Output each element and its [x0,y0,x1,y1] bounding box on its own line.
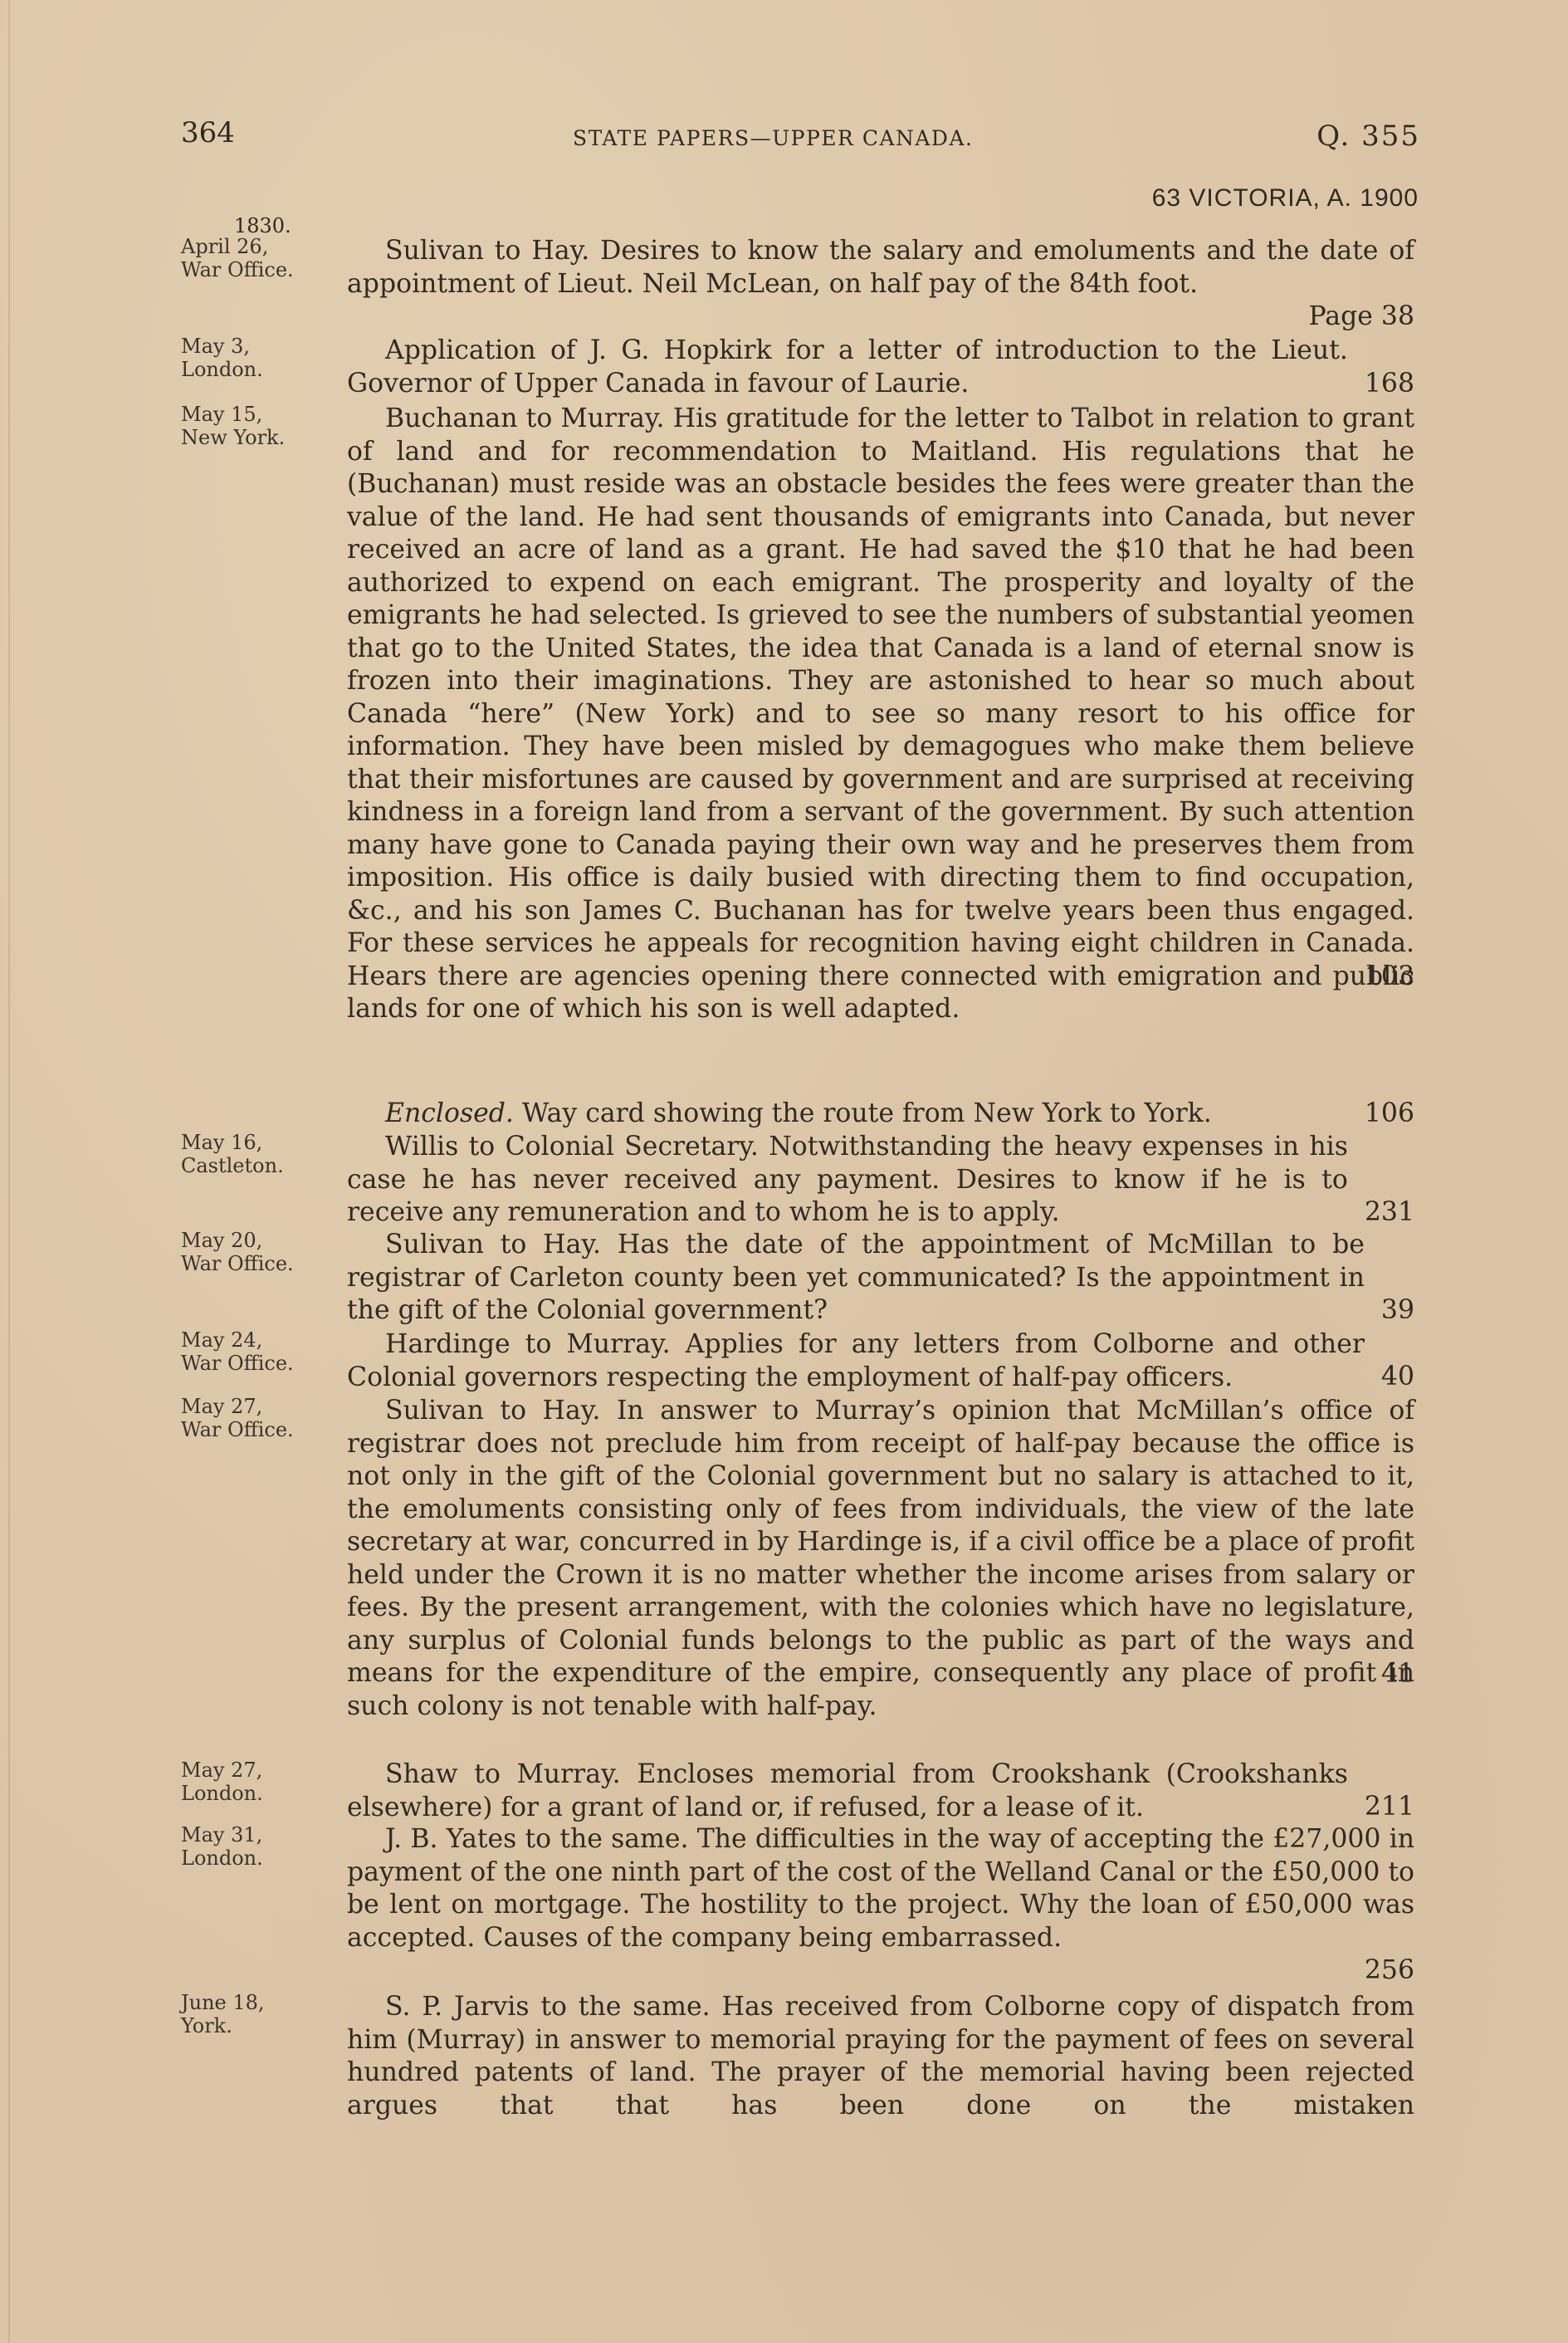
entry-summary: J. B. Yates to the same. The difficultie… [347,1824,1414,1953]
entry-dateline: May 16, Castleton. [181,1131,339,1177]
entry-date: May 31, [181,1823,339,1847]
entry-page-ref: 231 [1365,1196,1414,1230]
entry-summary: Shaw to Murray. Encloses memorial from C… [347,1759,1348,1822]
entry-summary: Hardinge to Murray. Applies for any lett… [347,1329,1365,1392]
entry-dateline: May 27, War Office. [181,1395,339,1441]
page-number: 364 [181,116,235,149]
entry-date: May 16, [181,1131,339,1154]
entry-summary: Willis to Colonial Secretary. Notwithsta… [347,1132,1348,1227]
entry-text: 231 Willis to Colonial Secretary. Notwit… [347,1131,1414,1230]
entry-text: 40 Hardinge to Murray. Applies for any l… [347,1328,1414,1394]
entry-summary: Sulivan to Hay. In answer to Murray’s op… [347,1396,1414,1721]
entry-page-ref: Page 38 [347,301,1414,334]
entry-place: London. [181,1782,339,1805]
entry-date: May 27, [181,1758,339,1782]
entry-date: May 27, [181,1395,339,1418]
entry-place: Castleton. [181,1154,339,1177]
entry-dateline: May 20, War Office. [181,1229,339,1275]
entry-text: 211 Shaw to Murray. Encloses memorial fr… [347,1758,1414,1824]
entry-dateline: April 26, War Office. [181,235,339,281]
entry-date: May 15, [181,403,339,426]
entry-page-ref: 106 [1365,1098,1414,1131]
entry-summary: S. P. Jarvis to the same. Has received f… [347,1992,1414,2120]
entry-date: April 26, [181,235,339,258]
entry-text: 106 Enclosed. Way card showing the route… [347,1098,1414,1131]
year-label: 1830. [234,214,291,237]
entry-summary: Sulivan to Hay. Desires to know the sala… [347,236,1414,299]
entry-text: 39 Sulivan to Hay. Has the date of the a… [347,1229,1414,1328]
entry-date: May 3, [181,335,339,358]
entry-page-ref: 211 [1365,1791,1414,1824]
entry-text: Sulivan to Hay. In answer to Murray’s op… [347,1395,1414,1723]
entry-dateline: May 31, London. [181,1823,339,1870]
entry-summary: Application of J. G. Hopkirk for a lette… [347,335,1348,399]
entry-dateline: June 18, York. [181,1991,339,2037]
entry-dateline: May 27, London. [181,1758,339,1805]
entry-dateline: May 15, New York. [181,403,339,449]
entry-place: War Office. [181,258,339,281]
entry-text: Buchanan to Murray. His gratitude for th… [347,403,1414,1026]
entry-place: War Office. [181,1252,339,1275]
entry-page-ref: 40 [1381,1361,1414,1394]
entry-date: May 20, [181,1229,339,1252]
enclosure-label: Enclosed. [385,1098,514,1128]
running-head: 364 STATE PAPERS—UPPER CANADA. Q. 355 [0,116,1568,166]
entry-dateline: May 24, War Office. [181,1328,339,1375]
entry-place: York. [181,2014,339,2037]
entry-summary: Way card showing the route from New York… [522,1098,1212,1128]
entry-summary: Buchanan to Murray. His gratitude for th… [347,404,1414,1024]
entry-place: War Office. [181,1352,339,1375]
running-title: STATE PAPERS—UPPER CANADA. [573,126,973,150]
session-label: 63 VICTORIA, A. 1900 [1152,184,1419,213]
entry-place: London. [181,1847,339,1870]
entry-date: May 24, [181,1328,339,1352]
entry-page-ref: 39 [1381,1294,1414,1328]
entry-text: Sulivan to Hay. Desires to know the sala… [347,235,1414,334]
entry-text: S. P. Jarvis to the same. Has received f… [347,1991,1414,2122]
entry-page-ref: 168 [1365,368,1414,401]
volume-reference: Q. 355 [1316,120,1420,153]
entry-summary: Sulivan to Hay. Has the date of the appo… [347,1230,1365,1325]
entry-text: J. B. Yates to the same. The difficultie… [347,1823,1414,1988]
entry-dateline: May 3, London. [181,335,339,381]
entry-place: London. [181,358,339,381]
page-gutter-line [8,0,10,2343]
entry-place: War Office. [181,1418,339,1441]
entry-text: 168 Application of J. G. Hopkirk for a l… [347,335,1414,401]
entry-place: New York. [181,426,339,449]
entry-date: June 18, [181,1991,339,2014]
entry-page-ref: 256 [347,1954,1414,1988]
